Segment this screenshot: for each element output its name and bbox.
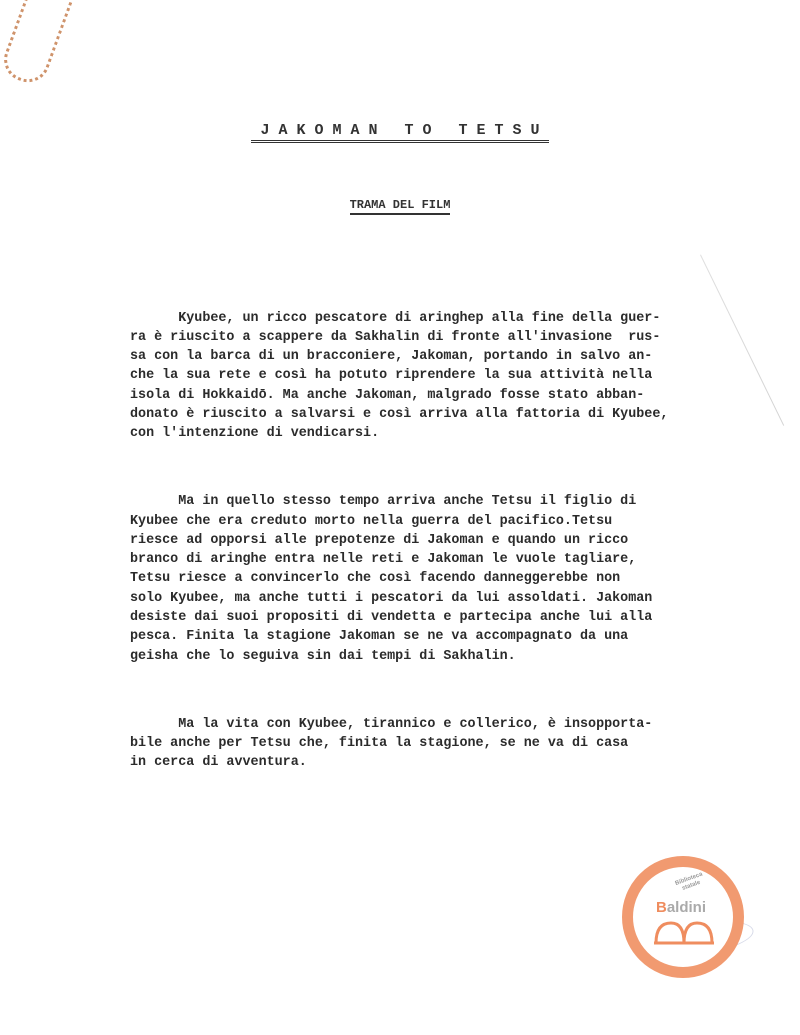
stamp-name-rest: aldini <box>667 899 706 916</box>
paragraph-3: Ma la vita con Kyubee, tirannico e colle… <box>130 715 790 773</box>
stamp-caption: Biblioteca statale <box>674 872 706 895</box>
document-title: JAKOMAN TO TETSU <box>0 122 800 139</box>
library-stamp-logo: Biblioteca statale Baldini <box>622 856 744 978</box>
document-subtitle-text: TRAMA DEL FILM <box>350 198 451 215</box>
stamp-name: Baldini <box>656 899 706 916</box>
paragraph-1: Kyubee, un ricco pescatore di aringhep a… <box>130 309 790 444</box>
paragraph-2: Ma in quello stesso tempo arriva anche T… <box>130 492 790 666</box>
document-body: Kyubee, un ricco pescatore di aringhep a… <box>130 270 790 802</box>
stamp-name-initial: B <box>656 899 667 916</box>
book-arches-icon <box>653 919 715 945</box>
document-title-text: JAKOMAN TO TETSU <box>251 122 548 143</box>
document-subtitle: TRAMA DEL FILM <box>0 198 800 212</box>
paperclip-rust-mark <box>0 0 80 88</box>
